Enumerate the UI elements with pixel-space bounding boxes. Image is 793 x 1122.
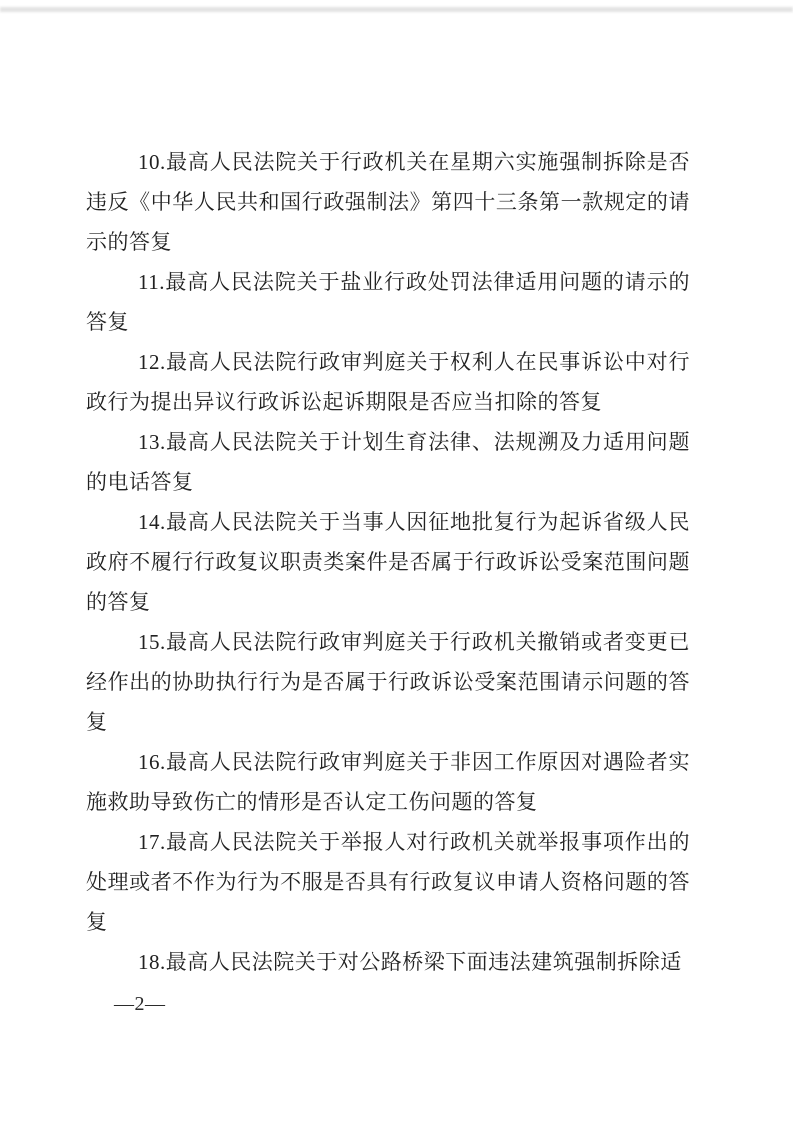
list-item-14: 14.最高人民法院关于当事人因征地批复行为起诉省级人民政府不履行行政复议职责类案… [86,502,690,622]
list-item-18: 18.最高人民法院关于对公路桥梁下面违法建筑强制拆除适 [86,942,690,982]
scan-edge-artifact [0,7,793,12]
list-item-15: 15.最高人民法院行政审判庭关于行政机关撤销或者变更已经作出的协助执行行为是否属… [86,622,690,742]
document-body: 10.最高人民法院关于行政机关在星期六实施强制拆除是否违反《中华人民共和国行政强… [86,142,690,982]
document-page: 10.最高人民法院关于行政机关在星期六实施强制拆除是否违反《中华人民共和国行政强… [0,0,793,1122]
list-item-16: 16.最高人民法院行政审判庭关于非因工作原因对遇险者实施救助导致伤亡的情形是否认… [86,742,690,822]
list-item-13: 13.最高人民法院关于计划生育法律、法规溯及力适用问题的电话答复 [86,422,690,502]
list-item-12: 12.最高人民法院行政审判庭关于权利人在民事诉讼中对行政行为提出异议行政诉讼起诉… [86,342,690,422]
list-item-11: 11.最高人民法院关于盐业行政处罚法律适用问题的请示的答复 [86,262,690,342]
list-item-10: 10.最高人民法院关于行政机关在星期六实施强制拆除是否违反《中华人民共和国行政强… [86,142,690,262]
page-number: —2— [114,992,166,1016]
list-item-17: 17.最高人民法院关于举报人对行政机关就举报事项作出的处理或者不作为行为不服是否… [86,822,690,942]
